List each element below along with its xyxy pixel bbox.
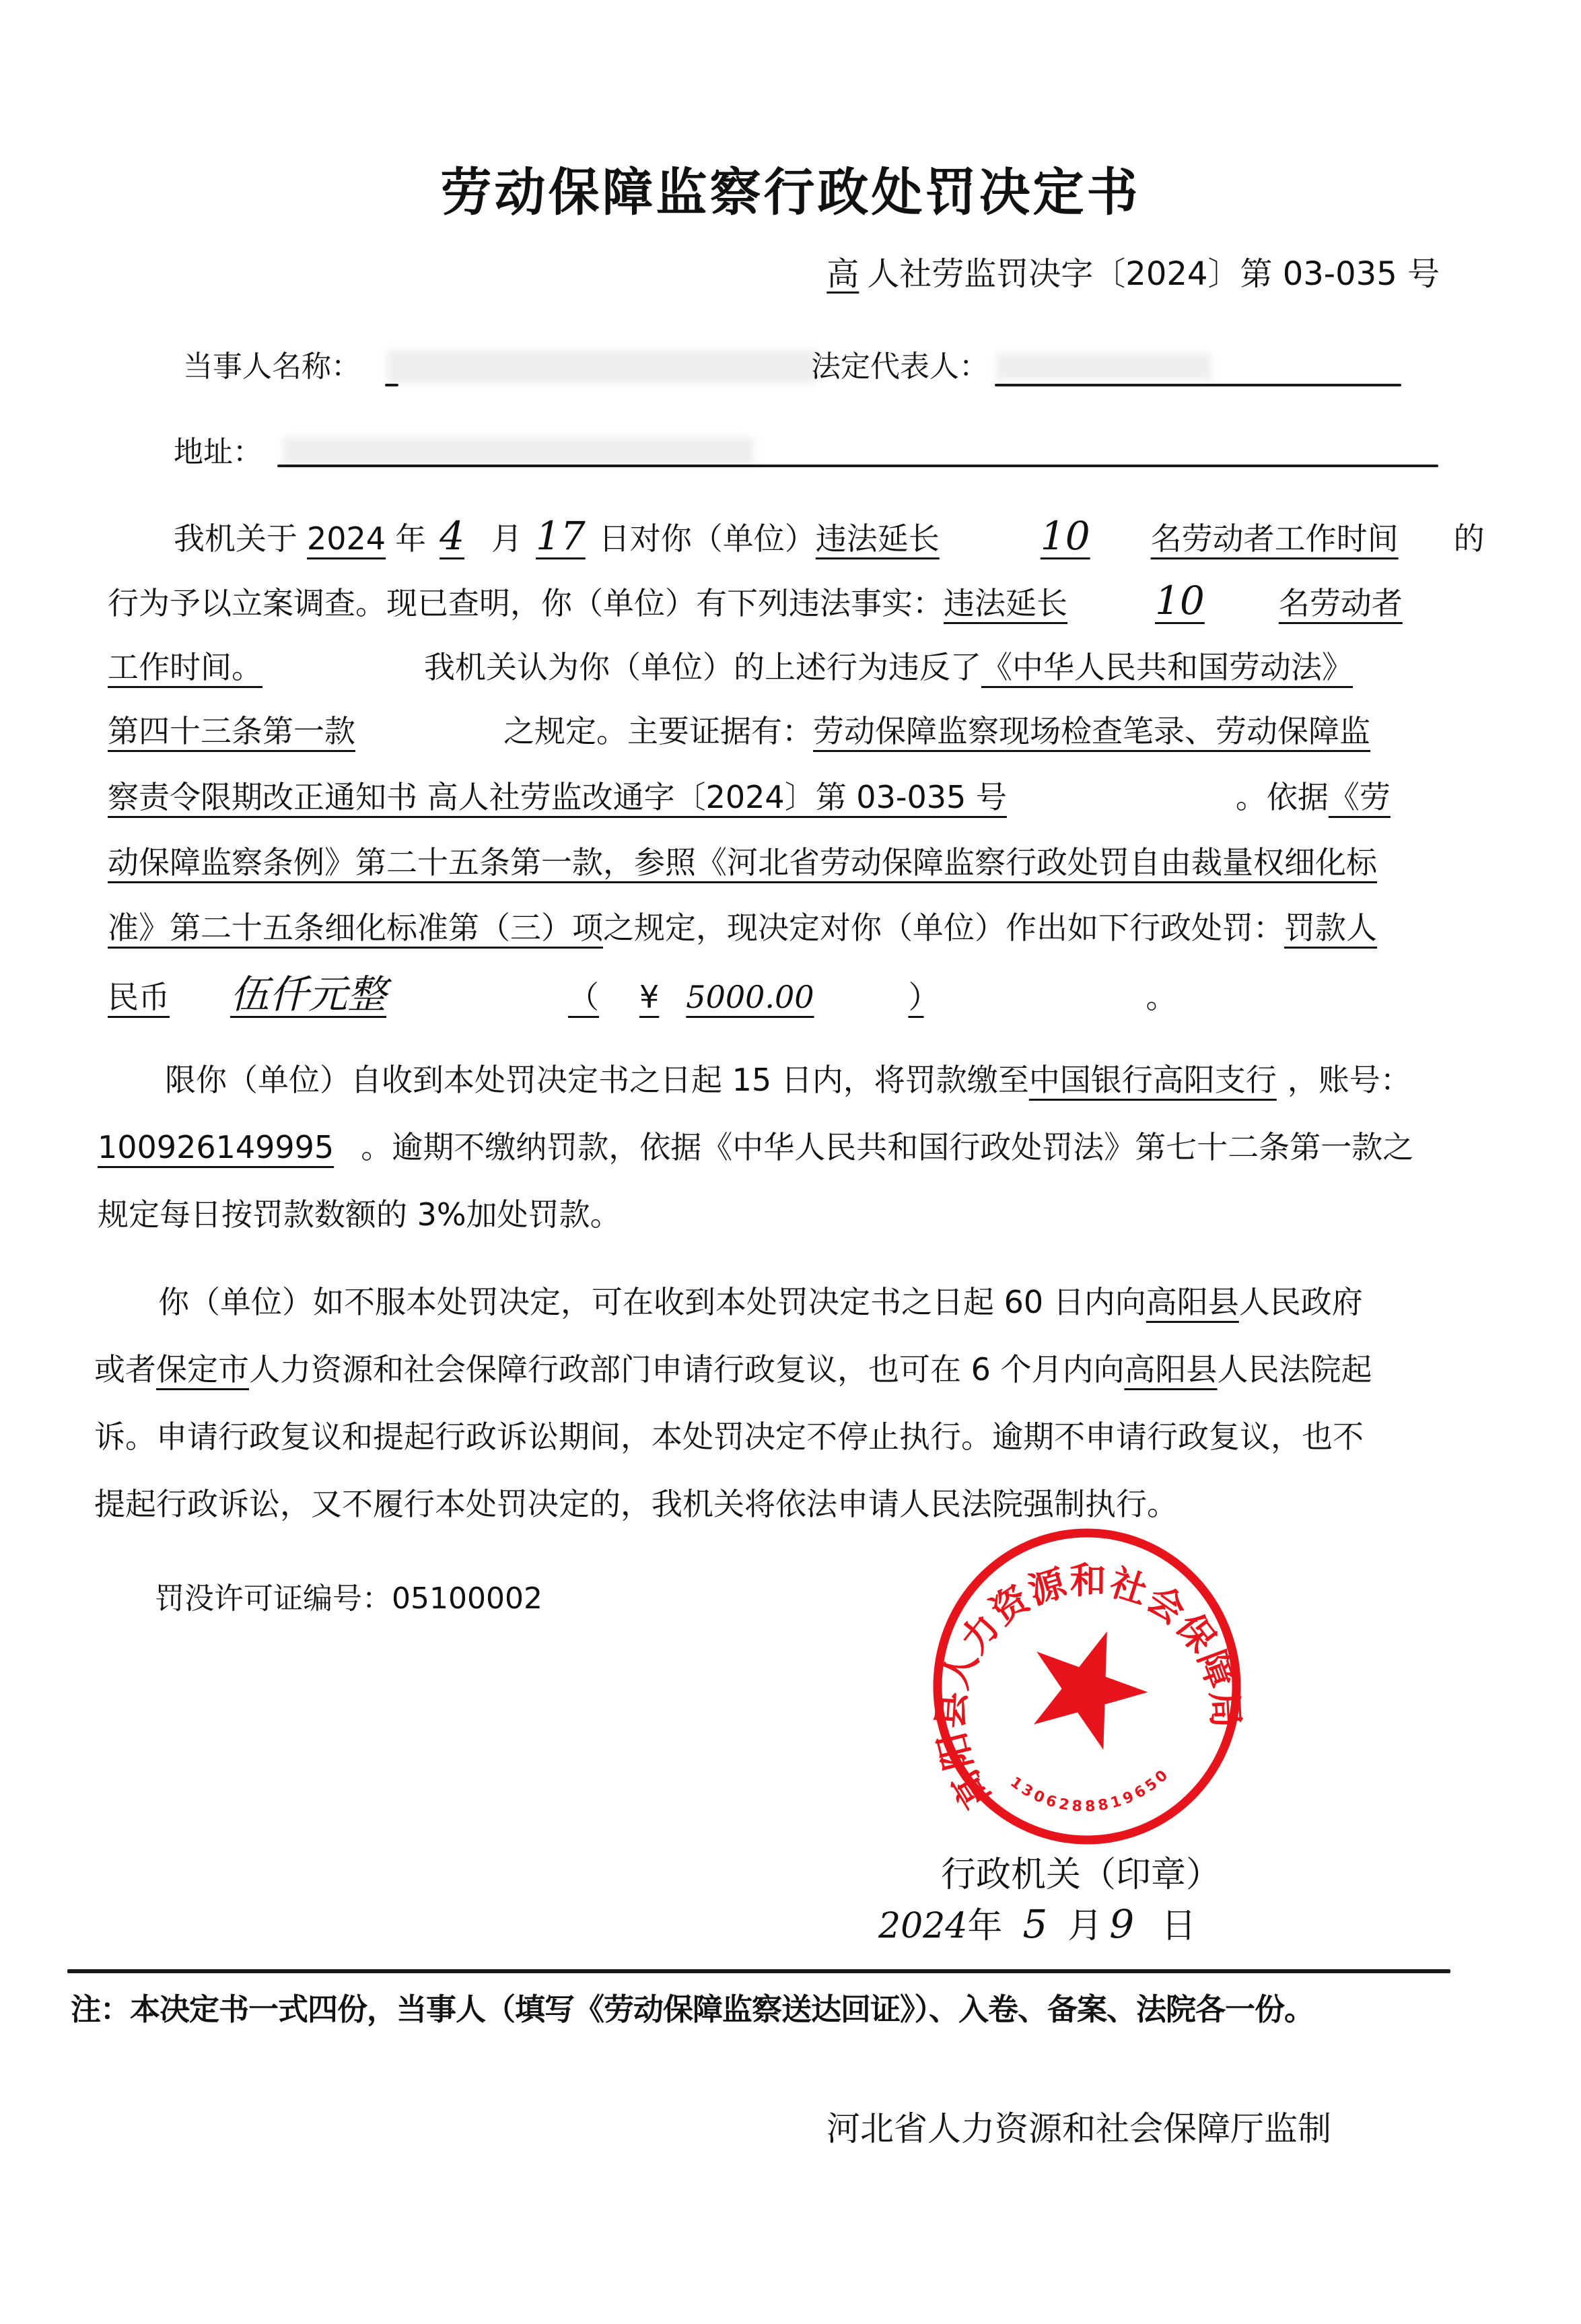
footer-divider [67, 1969, 1450, 1973]
payment-account: 100926149995 [98, 1129, 361, 1165]
body-line-4: 第四十三条第一款之规定。主要证据有：劳动保障监察现场检查笔录、劳动保障监 [108, 707, 1370, 751]
basis-part-2: 动保障监察条例》第二十五条第一款，参照《河北省劳动保障监察行政处罚自由裁量权细化… [108, 844, 1377, 881]
basis-part-1: 《劳 [1329, 779, 1391, 815]
payment-line-1: 限你（单位）自收到本处罚决定书之日起 15 日内，将罚款缴至中国银行高阳支行，账… [165, 1056, 1411, 1100]
violation-fact-end: 工作时间。 [108, 649, 424, 685]
appeal-line-4: 提起行政诉讼，又不履行本处罚决定的，我机关将依法申请人民法院强制执行。 [94, 1480, 1178, 1524]
address-redacted [283, 438, 754, 465]
appeal-county-government: 高阳县 [1146, 1284, 1239, 1320]
appeal-line-2: 或者保定市人力资源和社会保障行政部门申请行政复议，也可在 6 个月内向高阳县人民… [94, 1345, 1372, 1390]
violated-law: 《中华人民共和国劳动法》 [981, 649, 1353, 685]
address-line [277, 465, 1438, 467]
payment-line-3: 规定每日按罚款数额的 3%加处罚款。 [98, 1190, 621, 1235]
legal-rep-redacted [996, 353, 1211, 380]
issue-year: 2024 [878, 1906, 967, 1946]
footnote: 注：本决定书一式四份，当事人（填写《劳动保障监察送达回证》）、入卷、备案、法院各… [71, 1985, 1314, 2028]
violation-fact: 违法延长10名劳动者 [944, 585, 1403, 621]
body-line-5: 察责令限期改正通知书 高人社劳监改通字〔2024〕第 03-035 号。依据《劳 [108, 773, 1391, 817]
penalty-amount: 民币伍仟元整（¥5000.00） [108, 979, 1146, 1015]
appeal-line-3: 诉。申请行政复议和提起行政诉讼期间，本处罚决定不停止执行。逾期不申请行政复议，也… [94, 1412, 1364, 1457]
payment-bank: 中国银行高阳支行 [1029, 1062, 1277, 1098]
body-line-2: 行为予以立案调查。现已查明，你（单位）有下列违法事实：违法延长10名劳动者 [108, 578, 1403, 623]
amount-in-figures: 5000.00 [686, 979, 908, 1015]
party-name-redacted [387, 350, 818, 384]
party-name-label: 当事人名称： [183, 342, 361, 385]
doc-number-rest: 人社劳监罚决字〔2024〕第 03-035 号 [867, 255, 1440, 293]
penalty-part-1: 罚款人 [1284, 910, 1377, 946]
document-number: 高人社劳监罚决字〔2024〕第 03-035 号 [818, 248, 1440, 294]
case-reason: 违法延长10名劳动者工作时间 [816, 520, 1446, 557]
body-line-8: 民币伍仟元整（¥5000.00）。 [108, 963, 1177, 1019]
license-number: 罚没许可证编号：05100002 [155, 1574, 542, 1617]
payment-line-2: 100926149995。逾期不缴纳罚款，依据《中华人民共和国行政处罚法》第七十… [98, 1123, 1413, 1167]
legal-rep-line [995, 384, 1401, 386]
issue-day: 9 [1102, 1901, 1161, 1947]
evidence-part-1: 劳动保障监察现场检查笔录、劳动保障监 [813, 713, 1370, 749]
issue-month: 5 [1002, 1901, 1067, 1947]
case-year: 2024 [297, 520, 395, 557]
evidence-part-2: 察责令限期改正通知书 高人社劳监改通字〔2024〕第 03-035 号 [108, 779, 1236, 815]
body-line-3: 工作时间。我机关认为你（单位）的上述行为违反了《中华人民共和国劳动法》 [108, 643, 1353, 687]
amount-in-words: 伍仟元整 [170, 971, 494, 1017]
case-day: 17 [522, 513, 599, 559]
license-number-value: 05100002 [392, 1581, 542, 1616]
issue-date: 2024年5月9日 [878, 1897, 1196, 1948]
case-month: 4 [426, 513, 491, 559]
seal-icon: 高阳县人力资源和社会保障局 1306288819650 [929, 1528, 1245, 1845]
document-title: 劳动保障监察行政处罚决定书 [0, 151, 1581, 225]
seal-label: 行政机关（印章） [941, 1846, 1221, 1896]
appeal-county-court: 高阳县 [1125, 1351, 1218, 1388]
doc-number-prefix: 高 [818, 255, 867, 293]
party-name-line [385, 384, 398, 386]
body-line-6: 动保障监察条例》第二十五条第一款，参照《河北省劳动保障监察行政处罚自由裁量权细化… [108, 838, 1377, 883]
body-line-7: 准》第二十五条细化标准第（三）项之规定，现决定对你（单位）作出如下行政处罚：罚款… [108, 903, 1377, 948]
svg-text:1306288819650: 1306288819650 [1007, 1765, 1173, 1816]
body-line-1: 我机关于2024年4月17日对你（单位）违法延长10名劳动者工作时间的 [174, 513, 1485, 559]
legal-rep-label: 法定代表人： [811, 342, 989, 385]
appeal-line-1: 你（单位）如不服本处罚决定，可在收到本处罚决定书之日起 60 日内向高阳县人民政… [158, 1278, 1363, 1322]
official-seal: 高阳县人力资源和社会保障局 1306288819650 [929, 1528, 1245, 1845]
monitor-issuer: 河北省人力资源和社会保障厅监制 [827, 2102, 1331, 2150]
violated-article: 第四十三条第一款 [108, 713, 503, 749]
appeal-city: 保定市 [156, 1351, 249, 1388]
basis-part-3: 准》第二十五条细化标准第（三）项 [108, 910, 603, 946]
address-label: 地址： [174, 428, 262, 471]
